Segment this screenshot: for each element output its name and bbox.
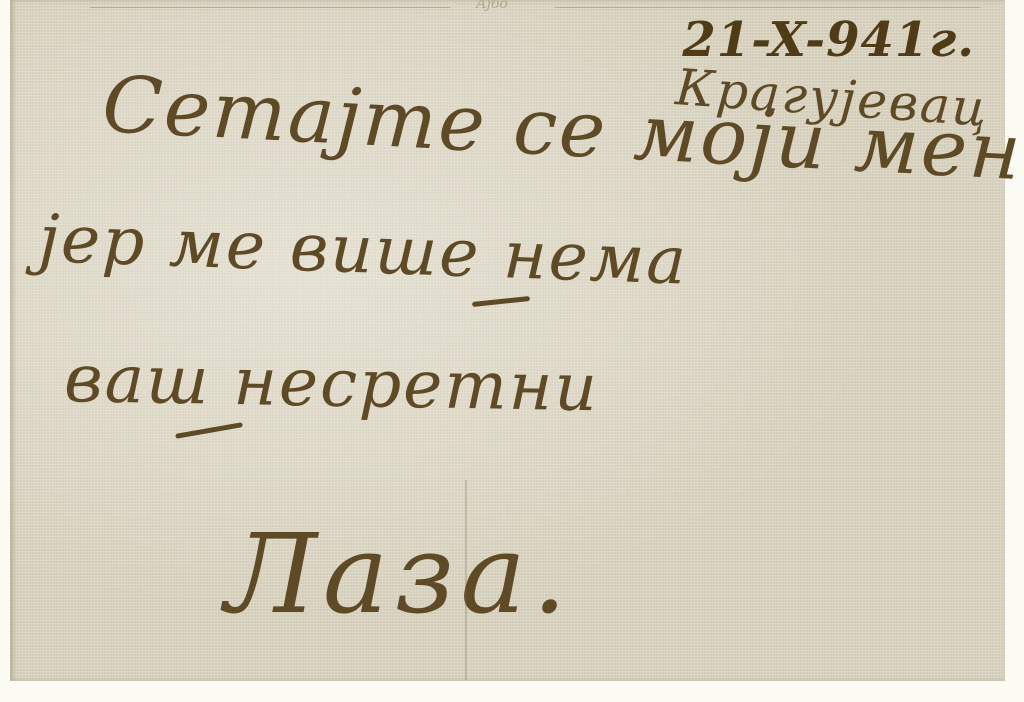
letter-paper: Ајбо 21-X-941г. Крагујевац Сетајте се мо… xyxy=(10,0,1005,681)
underline-vishe xyxy=(472,296,530,307)
date: 21-X-941г. xyxy=(682,12,975,68)
printed-mark: Ајбо xyxy=(476,0,508,12)
underline-vash xyxy=(175,422,243,439)
paper-crease xyxy=(465,480,467,680)
body-line-2: јер ме више нема xyxy=(37,200,689,300)
body-line-3: ваш несретни xyxy=(64,340,600,426)
ruled-line-left xyxy=(90,7,450,8)
ruled-line-right xyxy=(555,7,980,8)
signature: Лаза. xyxy=(225,510,573,638)
